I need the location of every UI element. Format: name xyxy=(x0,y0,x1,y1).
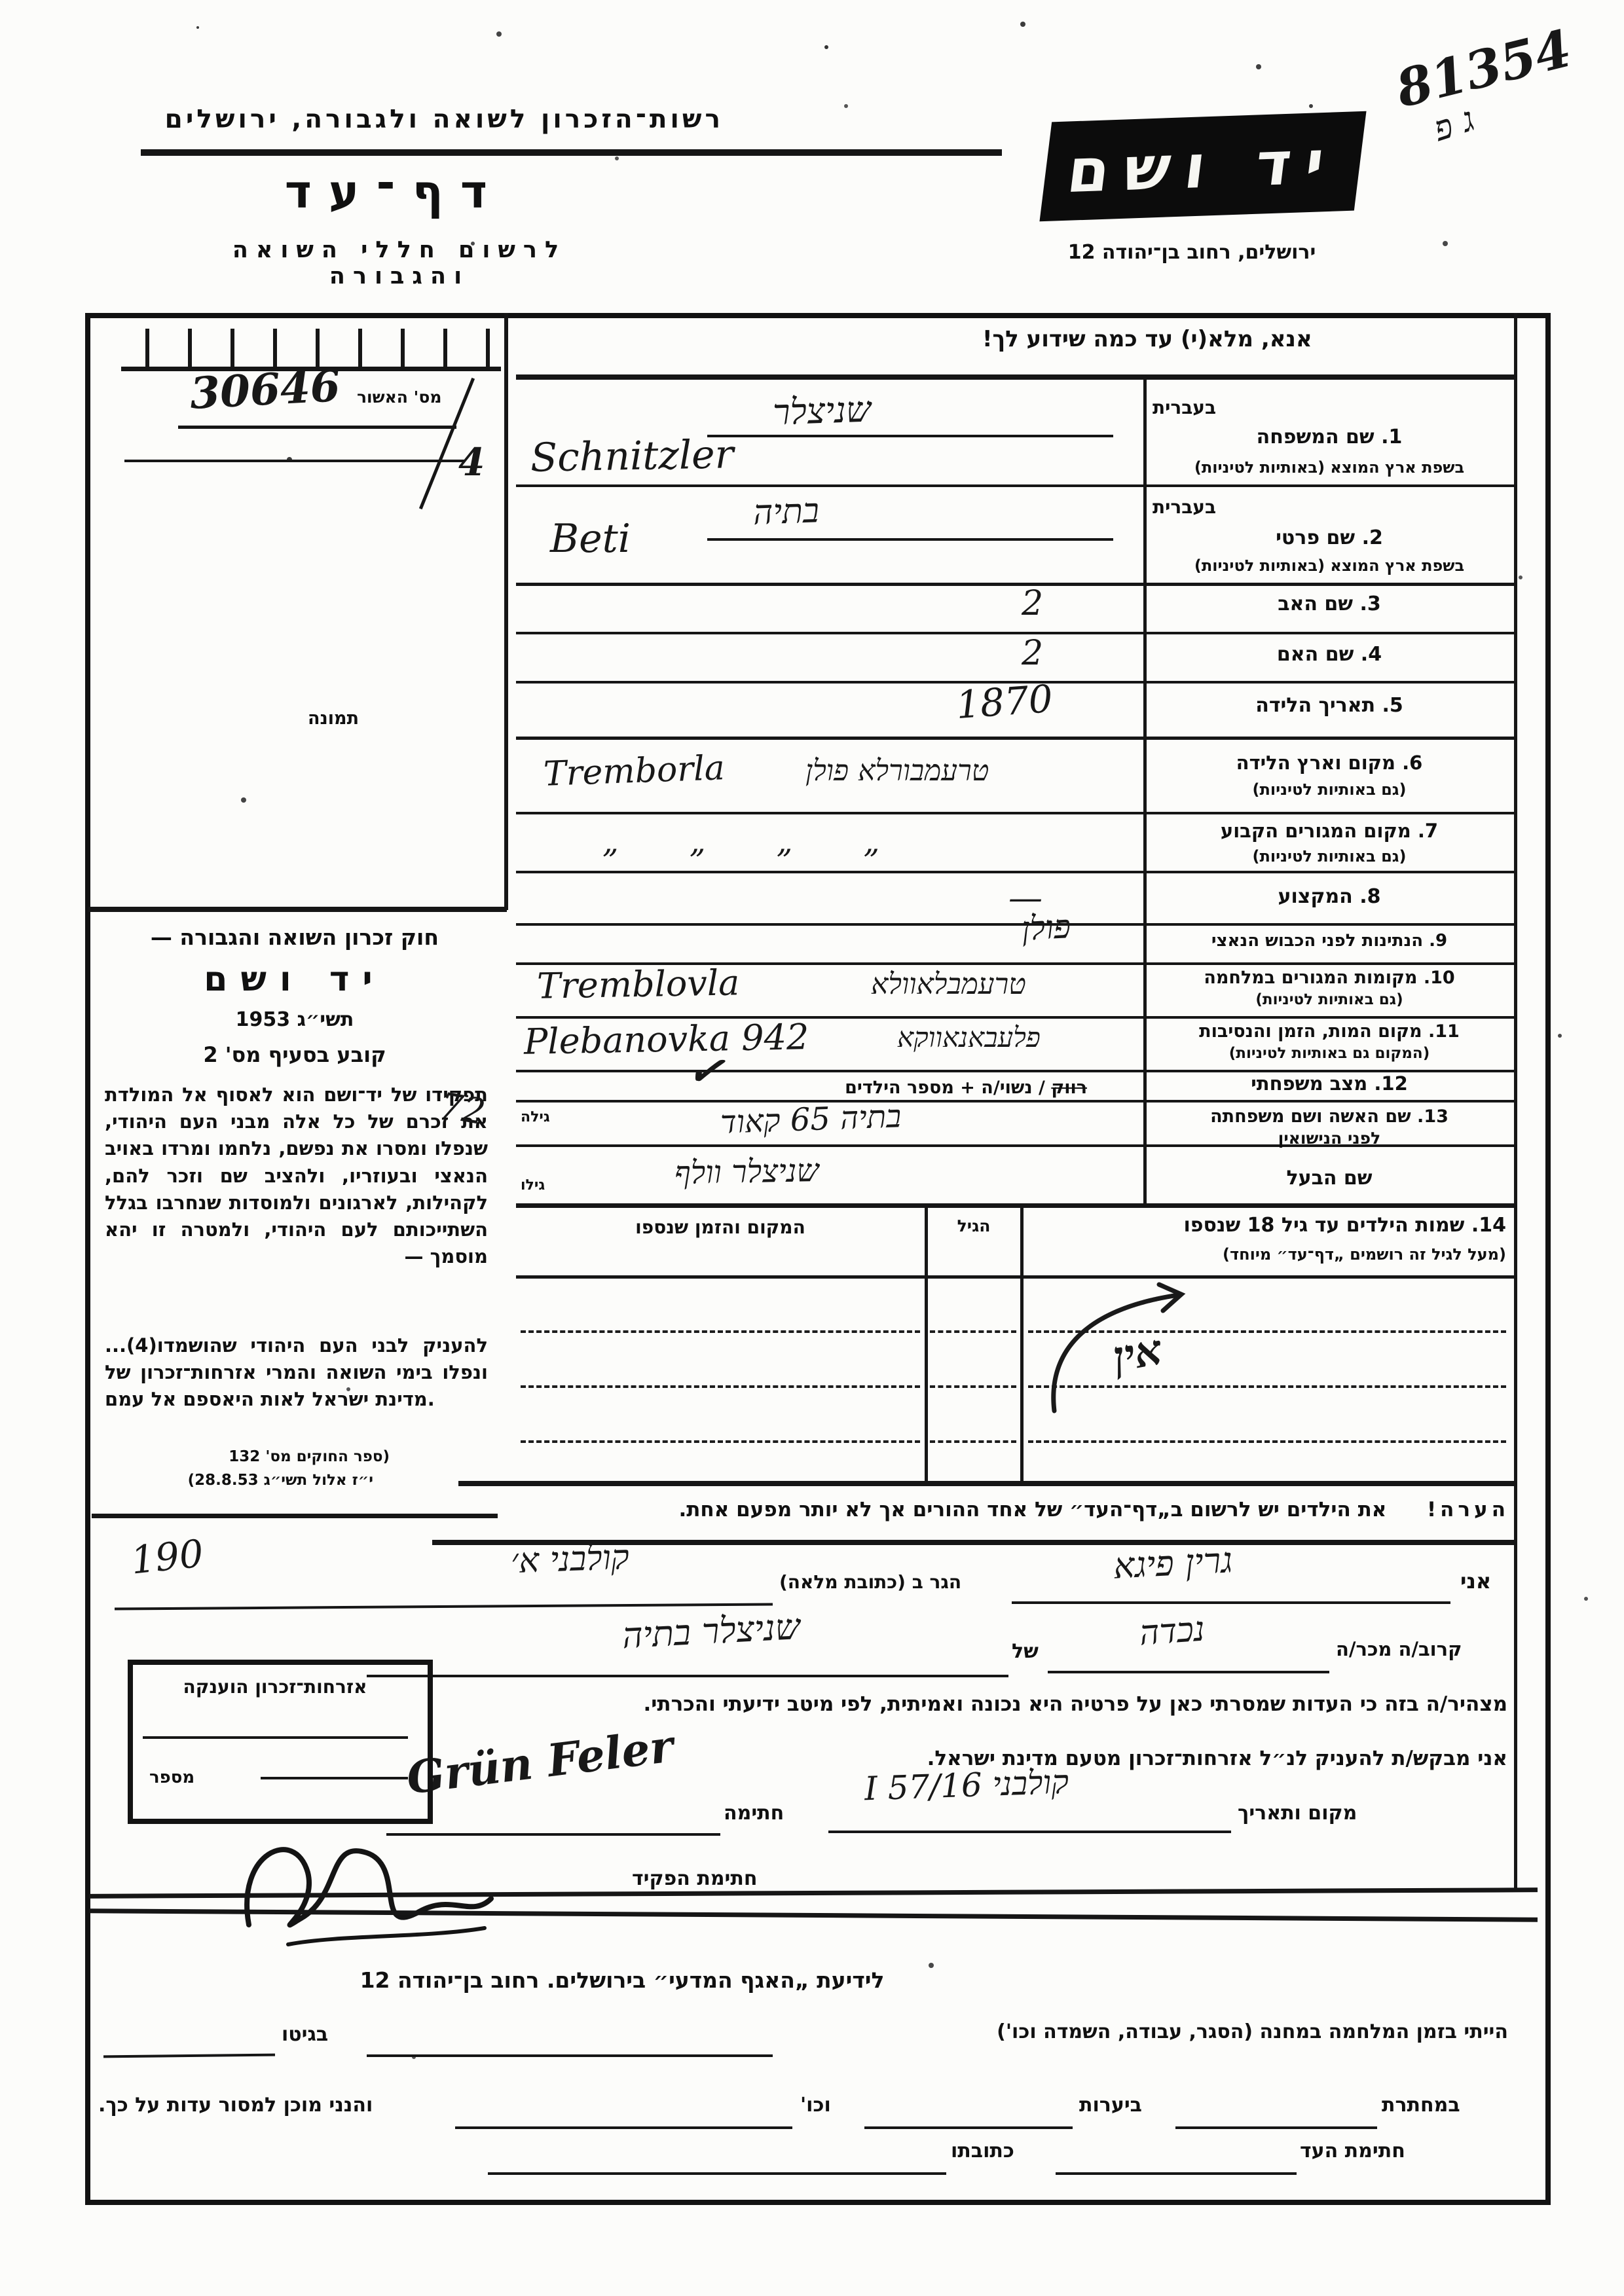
declarant-i-label: אני xyxy=(1460,1569,1491,1594)
law-clause-line: קובע בסעיף מס' 2 xyxy=(98,1042,491,1067)
clerk-signature-scribble xyxy=(210,1813,504,1958)
law-paragraph: תפקידו של יד־ושם הוא לאסוף אל המולדת את … xyxy=(105,1082,488,1270)
place-date-handwritten: קולבני 16/I 57 xyxy=(864,1763,1069,1808)
house-number-handwritten: 190 xyxy=(129,1531,206,1582)
mother-name-handwritten: 2 xyxy=(1022,634,1043,673)
surname-latin-handwritten: Schnitzler xyxy=(530,431,733,481)
wife-age-handwritten: 72 xyxy=(437,1085,489,1133)
serial-number-handwritten: 30646 xyxy=(189,360,341,419)
death-place-latin-handwritten: Plebanovka 942 xyxy=(523,1016,809,1063)
answer-line xyxy=(367,2054,773,2057)
answer-line xyxy=(455,2126,792,2129)
husband-name-label: שם הבעל xyxy=(1149,1167,1509,1190)
firstname-latin-handwritten: Beti xyxy=(550,516,631,562)
wartime-residence-hebrew-handwritten: טרעמבלאוולא xyxy=(871,968,1026,1001)
header-rule xyxy=(141,149,1002,156)
place-date-label: מקום ותאריך xyxy=(1238,1802,1357,1825)
field-label: 11. מקום המות, הזמן והנסיבות xyxy=(1149,1021,1509,1042)
relation-label: קרוב/ה מכר/ה xyxy=(1336,1638,1462,1660)
children-row-line xyxy=(930,1385,1016,1388)
comb-tick xyxy=(401,329,405,368)
field-label: 10. מקומות המגורים במלחמה xyxy=(1149,968,1509,988)
address-line: ירושלים, רחוב בן־יהודה 12 xyxy=(1035,241,1349,264)
field-sublabel: (גם באותיות לטיניות) xyxy=(1149,847,1509,866)
row-separator xyxy=(516,871,1514,873)
answer-line xyxy=(864,2126,1073,2129)
field-label: 12. מצב משפחתי xyxy=(1149,1072,1509,1095)
witness-signature-label: חתימת העד xyxy=(1300,2140,1405,2162)
scan-noise xyxy=(196,26,199,29)
photo-box-bottom-border xyxy=(88,907,507,912)
field-sublabel: בשפת ארץ המוצא (באותיות לטיניות) xyxy=(1149,556,1509,575)
logo-text: יד ושם xyxy=(1063,126,1342,206)
law-reference-2: י״ז אלול תשי״ג 28.8.53) xyxy=(98,1472,373,1489)
children-place-column-header: המקום והזמן שנספו xyxy=(524,1216,917,1238)
row-separator xyxy=(516,923,1514,926)
children-table-col-line xyxy=(925,1203,928,1481)
law-year-line: תשי״ג 1953 xyxy=(98,1008,491,1031)
field-sublabel: בשפת ארץ המוצא (באותיות לטיניות) xyxy=(1149,458,1509,477)
stamp-number-line xyxy=(261,1777,408,1779)
field-label: 5. תאריך הלידה xyxy=(1149,694,1509,717)
note-top-rule xyxy=(458,1481,1514,1486)
row-separator xyxy=(516,737,1514,740)
camps-question-label: הייתי בזמן המלחמה במחנה (הסגר, עבודה, הש… xyxy=(776,2020,1508,2043)
children-row-line xyxy=(521,1440,920,1443)
field-label: 8. המקצוע xyxy=(1149,885,1509,908)
field-label: 7. מקום המגורים הקבוע xyxy=(1149,820,1509,842)
address-handwritten: קולבני א׳ xyxy=(510,1538,630,1581)
file-number-handwritten: 81354 xyxy=(1390,19,1577,120)
field-label-hebrew-tag: בעברית xyxy=(1153,397,1216,418)
father-name-handwritten: 2 xyxy=(1022,584,1043,623)
marital-option-married: / נשוי/ה + מספר הילדים xyxy=(845,1078,1045,1098)
marital-status-options: רווק / נשוי/ה + מספר הילדים xyxy=(714,1078,1087,1098)
field-sublabel: (גם באותיות לטיניות) xyxy=(1149,991,1509,1008)
children-row-line xyxy=(930,1330,1016,1333)
note-title: הערה! xyxy=(1427,1498,1509,1522)
serial-underline-2 xyxy=(124,460,465,462)
marital-option-single: רווק xyxy=(1051,1078,1087,1098)
answer-line xyxy=(488,2172,946,2175)
husband-age-label: גילו xyxy=(521,1177,545,1194)
stamp-title: אזרחות־זכרון הוענקה xyxy=(134,1676,416,1698)
birth-year-handwritten: 1870 xyxy=(955,676,1054,727)
underground-label: במחתרת xyxy=(1382,2094,1460,2117)
relation-handwritten: נכדה xyxy=(1138,1610,1206,1654)
writing-line xyxy=(1048,1671,1329,1673)
photo-box-right-border xyxy=(504,313,508,910)
law-reference-1: (ספר החוקים מס' 132 xyxy=(115,1448,390,1465)
form-title: דף־עד xyxy=(308,165,504,219)
citizenship-handwritten: פולן xyxy=(1021,907,1072,948)
field-label-hebrew-tag: בעברית xyxy=(1153,496,1216,518)
sidebar-bottom-rule xyxy=(92,1514,498,1518)
row-separator xyxy=(516,484,1514,487)
law-org-name: יד ושם xyxy=(98,960,491,999)
comb-tick xyxy=(188,329,192,368)
comb-tick xyxy=(358,329,362,368)
birthplace-latin-handwritten: Tremborla xyxy=(543,748,726,794)
children-table-subtitle: (מעל לגיל זה רושמים „דף־עד״ מיוחד) xyxy=(1031,1245,1506,1264)
row-separator xyxy=(516,1100,1514,1102)
answer-line xyxy=(1056,2172,1297,2175)
yad-vashem-logo: יד ושם xyxy=(1039,111,1366,222)
writing-line xyxy=(707,538,1113,541)
field-label: 9. הנתינות לפני הכבוש הנאצי xyxy=(1149,931,1509,951)
field-label: 13. שם האשה ושם משפחתה xyxy=(1149,1106,1509,1127)
instruction-rule xyxy=(516,374,1514,380)
serial-part-handwritten: 4 xyxy=(458,440,485,484)
row-separator xyxy=(516,812,1514,814)
residence-ditto-marks: „ „ „ „ xyxy=(602,824,899,860)
label-column-divider xyxy=(1143,374,1147,1203)
stamp-mid-line xyxy=(143,1736,408,1739)
field-sublabel: (גם באותיות לטיניות) xyxy=(1149,780,1509,799)
row-separator xyxy=(516,583,1514,586)
husband-name-handwritten: שניצלר וולף xyxy=(674,1152,819,1192)
serial-underline xyxy=(178,426,456,429)
law-title: חוק זכרון השואה והגבורה — xyxy=(98,924,491,950)
children-table-col-line xyxy=(1020,1203,1024,1481)
comb-tick xyxy=(443,329,447,368)
issuing-authority-line: רשות־הזכרון לשואה ולגבורה, ירושלים xyxy=(141,105,724,134)
ghetto-label: בגיטו xyxy=(282,2023,328,2046)
field-label: 6. מקום וארץ הלידה xyxy=(1149,752,1509,774)
ready-to-testify-label: והנני מוכן למסור עדות על כך. xyxy=(98,2094,452,2117)
children-row-line xyxy=(521,1385,920,1388)
form-subtitle: לרשום חללי השואה והגבורה xyxy=(183,237,616,289)
children-table-title: 14. שמות הילדים עד גיל 18 שנספו xyxy=(1031,1214,1506,1237)
wife-name-handwritten: בתיה 65 קאוד xyxy=(720,1098,902,1141)
field-label: 1. שם המשפחה xyxy=(1149,426,1509,448)
wartime-residence-latin-handwritten: Tremblovla xyxy=(536,962,739,1006)
writing-line xyxy=(828,1831,1231,1833)
fill-instruction: אנא, מלא(י) עד כמה שידוע לך! xyxy=(982,326,1506,352)
children-header-rule xyxy=(516,1275,1514,1279)
stamp-number-label: מספר xyxy=(149,1768,194,1787)
children-table-top-rule xyxy=(516,1203,1514,1208)
marital-checkmark-handwritten: ✓ xyxy=(684,1043,728,1099)
forests-label: ביערות xyxy=(1079,2094,1142,2117)
law-paragraph-2: ‎...(4)להעניק לבני העם היהודי שהושמדו ונ… xyxy=(105,1332,488,1413)
wife-age-label: גילה xyxy=(521,1109,550,1125)
firstname-hebrew-handwritten: בתיה xyxy=(752,491,820,532)
surname-hebrew-handwritten: שניצלר xyxy=(772,388,872,433)
children-row-line xyxy=(521,1330,920,1333)
writing-line xyxy=(707,435,1113,437)
answer-line xyxy=(1175,2126,1377,2129)
field-label: 3. שם האב xyxy=(1149,592,1509,615)
field-sublabel: (המקום גם באותיות לטיניות) xyxy=(1149,1045,1509,1062)
field-label: 2. שם פרטי xyxy=(1149,526,1509,549)
clerk-signature-label: חתימת הפקיד xyxy=(632,1867,757,1890)
inner-right-border xyxy=(1514,313,1517,1892)
note-line: הערה! את הילדים יש לרשום ב„דף־העד״ של אח… xyxy=(471,1498,1509,1522)
address-field-label: הגר ב (כתובת מלאה) xyxy=(779,1571,961,1593)
comb-tick xyxy=(486,329,490,368)
writing-line xyxy=(1012,1601,1450,1604)
comb-tick xyxy=(231,329,234,368)
of-label: של xyxy=(1012,1640,1039,1663)
children-none-handwritten: אין xyxy=(1109,1325,1166,1382)
comb-tick xyxy=(145,329,149,368)
writing-line xyxy=(367,1675,1008,1677)
row-separator xyxy=(516,632,1514,634)
birthplace-hebrew-handwritten: טרעמבורלא פולן xyxy=(805,754,989,788)
approval-number-label: מס' האשור xyxy=(357,388,441,407)
comb-tick xyxy=(273,329,277,368)
declarant-name-handwritten: גרין פיגא xyxy=(1112,1539,1233,1586)
photo-label: תמונה xyxy=(308,708,359,729)
children-row-line xyxy=(930,1440,1016,1443)
field-sublabel: לפני הנישואין xyxy=(1149,1129,1509,1148)
bottom-section-title: לידיעת „האגף המדעי״ בירושלים. רחוב בן־יה… xyxy=(275,1967,969,1993)
field-label: 4. שם האם xyxy=(1149,643,1509,666)
etc-label: וכו' xyxy=(800,2094,831,2117)
death-place-hebrew-handwritten: פלעבאנאווקא xyxy=(897,1021,1041,1054)
witness-address-label: כתובתו xyxy=(951,2140,1014,2162)
signature-label: חתימה xyxy=(724,1802,784,1825)
children-row-line xyxy=(1028,1440,1506,1443)
note-text: את הילדים יש לרשום ב„דף־העד״ של אחד ההור… xyxy=(678,1498,1386,1522)
scanned-testimony-page: רשות־הזכרון לשואה ולגבורה, ירושלים דף־עד… xyxy=(0,0,1624,2296)
children-age-column-header: הגיל xyxy=(929,1216,1019,1235)
